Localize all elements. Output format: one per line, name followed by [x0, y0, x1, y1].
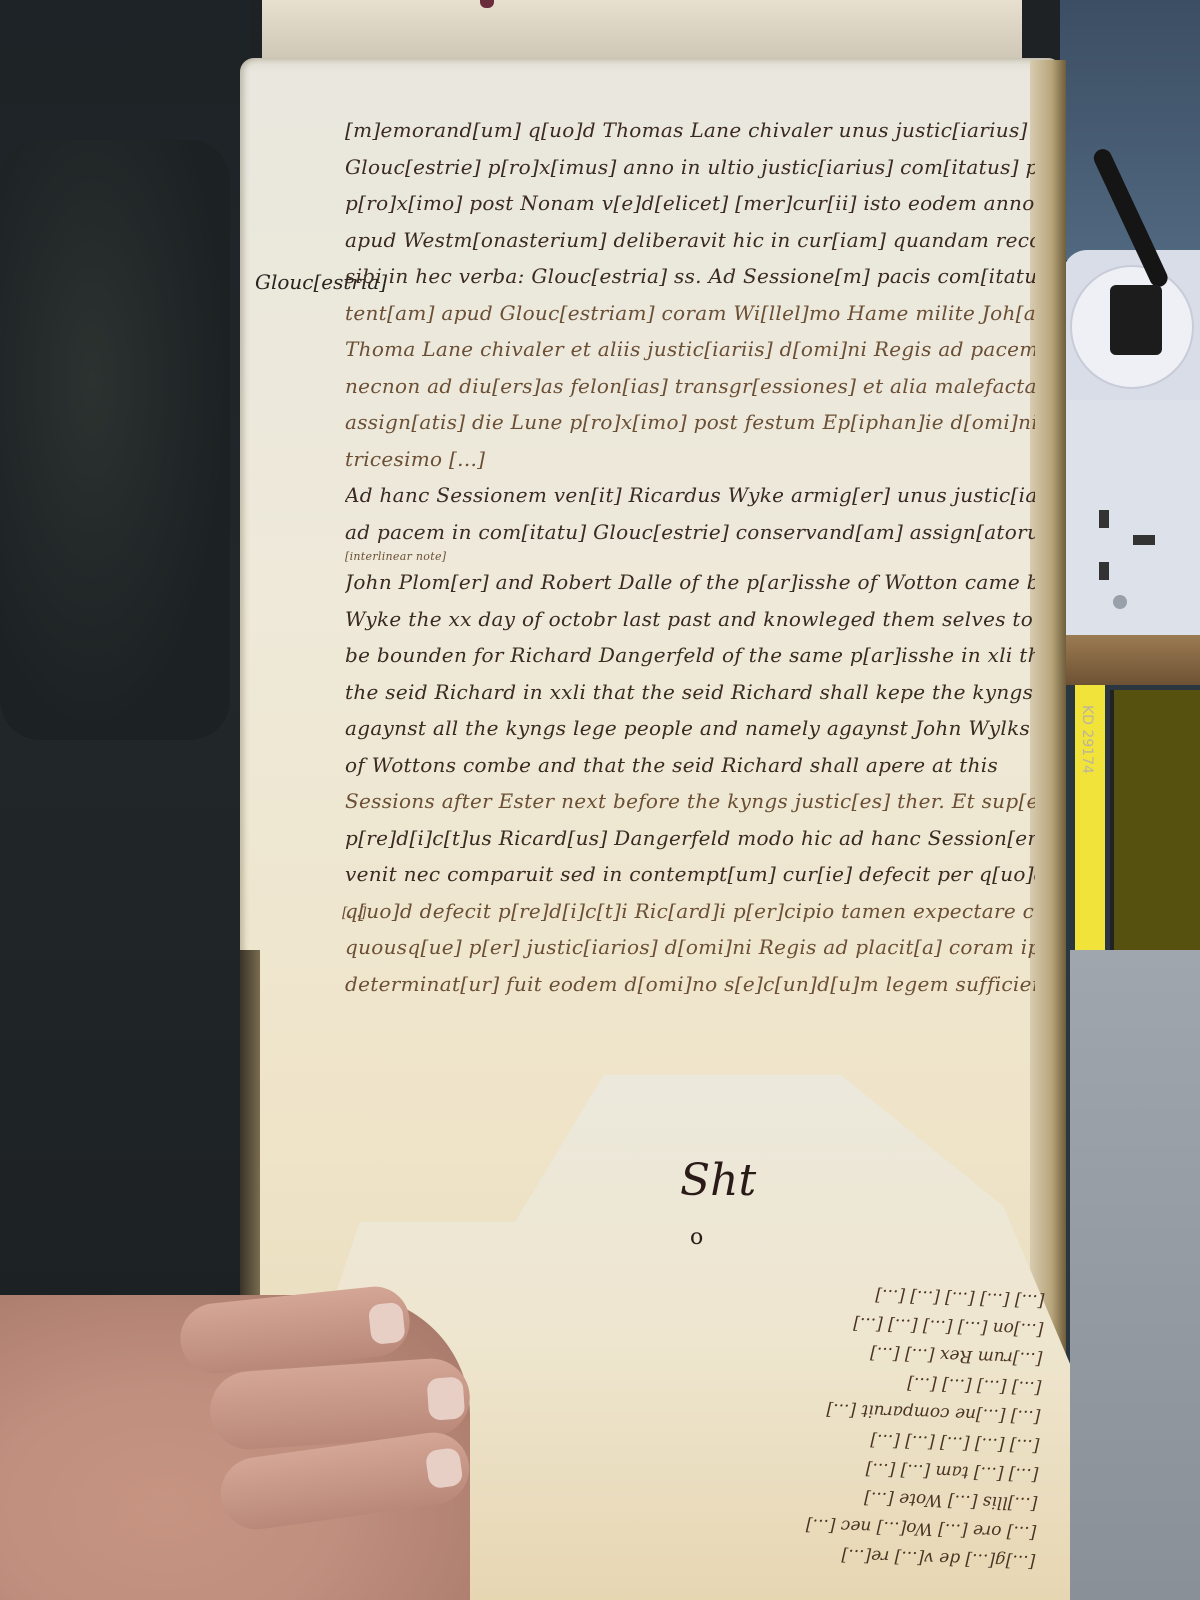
socket-pin-hole: [1099, 562, 1109, 580]
text-line: tent[am] apud Glouc[estriam] coram Wi[ll…: [345, 295, 1035, 332]
slip-heading: Sht: [680, 1155, 756, 1206]
text-line: agaynst all the kyngs lege people and na…: [345, 710, 1035, 747]
text-line: of Wottons combe and that the seid Richa…: [345, 747, 1035, 784]
screw-icon: [1113, 595, 1127, 609]
text-line: tricesimo [...]: [345, 441, 1035, 478]
text-line: assign[atis] die Lune p[ro]x[imo] post f…: [345, 404, 1035, 441]
text-line: q[uo]d defecit p[re]d[i]c[t]i Ric[ard]i …: [345, 893, 1035, 930]
text-line: p[re]d[i]c[t]us Ricard[us] Dangerfeld mo…: [345, 820, 1035, 857]
text-line: sibi in hec verba: Glouc[estria] ss. Ad …: [345, 258, 1035, 295]
olive-book: [1110, 690, 1200, 950]
text-line: p[ro]x[imo] post Nonam v[e]d[elicet] [me…: [345, 185, 1035, 222]
fingernail: [425, 1447, 464, 1489]
text-line: venit nec comparuit sed in contempt[um] …: [345, 856, 1035, 893]
fingernail: [368, 1302, 406, 1345]
text-line: Wyke the xx day of octobr last past and …: [345, 601, 1035, 638]
grey-surface: [1070, 950, 1200, 1600]
text-line: the seid Richard in xxli that the seid R…: [345, 674, 1035, 711]
text-line: quousq[ue] p[er] justic[iarios] d[omi]ni…: [345, 929, 1035, 966]
interlinear-note: [interlinear note]: [345, 550, 1035, 564]
text-line: apud Westm[onasterium] deliberavit hic i…: [345, 222, 1035, 259]
slip-mark: o: [690, 1225, 703, 1250]
power-plug: [1110, 285, 1162, 355]
folded-top-page: [262, 0, 1022, 66]
dark-cloth: [0, 140, 230, 740]
hand: [0, 1295, 470, 1600]
manuscript-text: [m]emorand[um] q[uo]d Thomas Lane chival…: [345, 112, 1035, 1002]
text-line: Sessions after Ester next before the kyn…: [345, 783, 1035, 820]
text-line: John Plom[er] and Robert Dalle of the p[…: [345, 564, 1035, 601]
text-line: necnon ad diu[ers]as felon[ias] transgr[…: [345, 368, 1035, 405]
socket-pin-hole: [1099, 510, 1109, 528]
text-line: Ad hanc Sessionem ven[it] Ricardus Wyke …: [345, 477, 1035, 514]
wooden-shelf: [1063, 635, 1200, 685]
text-line: determinat[ur] fuit eodem d[omi]no s[e]c…: [345, 966, 1035, 1003]
book-label: KD 29174: [1079, 705, 1095, 774]
text-line: be bounden for Richard Dangerfeld of the…: [345, 637, 1035, 674]
text-line: [m]emorand[um] q[uo]d Thomas Lane chival…: [345, 112, 1035, 149]
fingernail: [426, 1376, 465, 1420]
socket-earth-hole: [1133, 535, 1155, 545]
text-line: Thoma Lane chivaler et aliis justic[iari…: [345, 331, 1035, 368]
uk-socket-outlet: [1063, 400, 1200, 635]
yellow-book-spine: KD 29174: [1075, 685, 1105, 950]
text-line: Glouc[estrie] p[ro]x[imus] anno in ultio…: [345, 149, 1035, 186]
text-line: ad pacem in com[itatu] Glouc[estrie] con…: [345, 514, 1035, 551]
slip-mirrored-text: [...]g[...] de v[...] re[...] [...] ore …: [435, 1265, 1045, 1576]
